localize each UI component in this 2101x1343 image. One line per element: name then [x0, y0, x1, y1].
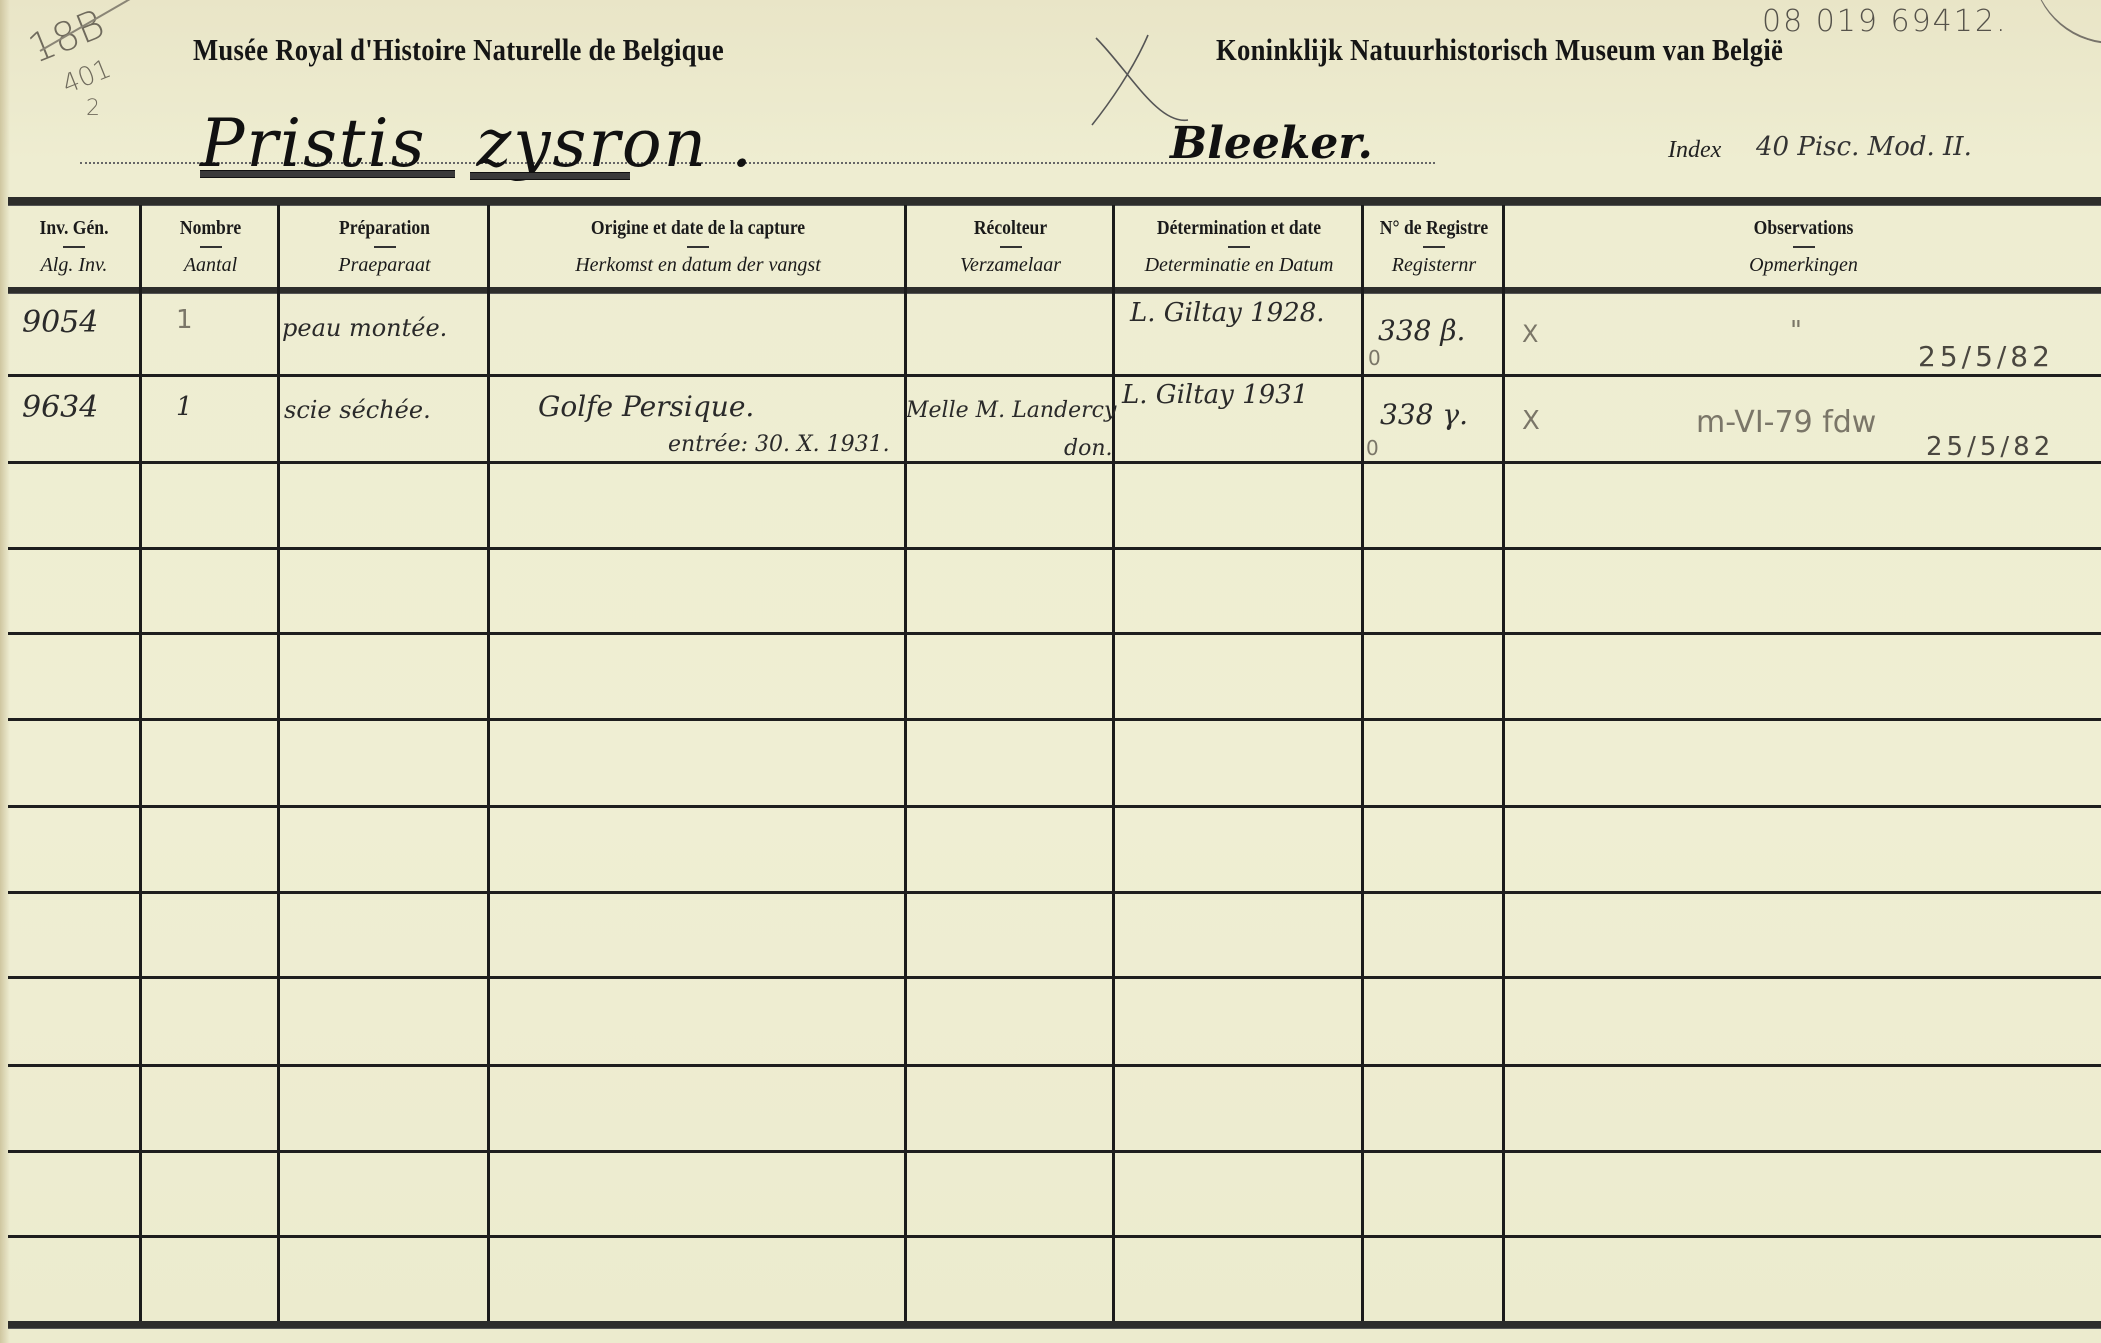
column-header-recolteur: RécolteurVerzamelaar	[908, 206, 1113, 290]
row-divider	[8, 1150, 2101, 1153]
row-divider	[8, 461, 2101, 464]
cross-mark-icon	[1088, 30, 1198, 130]
column-header-inv: Inv. Gén.Alg. Inv.	[8, 206, 140, 290]
catalog-number: 08 019 69412.	[1762, 4, 2007, 39]
row-divider	[8, 547, 2101, 550]
row-divider	[8, 976, 2101, 979]
row2-obs-date: 25/5/82	[1926, 432, 2054, 462]
row1-preparation: peau montée.	[282, 314, 447, 342]
row1-obs-text: "	[1790, 316, 1802, 346]
epithet-underline	[470, 172, 630, 180]
row1-obs-date: 25/5/82	[1918, 340, 2054, 373]
row2-registre: 338 γ.	[1380, 398, 1468, 431]
column-header-preparation: PréparationPraeparaat	[281, 206, 488, 290]
species-epithet: zysron	[476, 105, 708, 182]
margin-note-sub: 2	[86, 96, 100, 121]
column-divider	[1112, 205, 1115, 1323]
row1-registre-mark: 0	[1368, 346, 1381, 370]
row-divider	[8, 805, 2101, 808]
corner-pencil-arc	[2011, 0, 2101, 65]
row-divider	[8, 632, 2101, 635]
column-divider	[139, 205, 142, 1323]
table-bottom-rule	[8, 1321, 2101, 1329]
row2-nombre: 1	[176, 392, 193, 422]
row-divider	[8, 1064, 2101, 1067]
column-divider	[487, 205, 490, 1323]
row1-nombre: 1	[176, 305, 193, 335]
row1-inv: 9054	[22, 305, 98, 340]
column-divider	[277, 205, 280, 1323]
row-divider	[8, 1235, 2101, 1238]
column-divider	[1502, 205, 1505, 1323]
row2-recolteur-note: don.	[1064, 436, 1113, 461]
genus-underline	[200, 170, 455, 178]
column-header-determination: Détermination et dateDeterminatie en Dat…	[1116, 206, 1362, 290]
species-author: Bleeker.	[1170, 118, 1373, 169]
institution-name-nl: Koninklijk Natuurhistorisch Museum van B…	[1216, 32, 1783, 68]
header-top-rule	[8, 197, 2101, 206]
species-period: .	[731, 105, 754, 182]
row2-origine: Golfe Persique.	[538, 390, 754, 423]
column-header-observations: ObservationsOpmerkingen	[1506, 206, 2101, 290]
column-divider	[1361, 205, 1364, 1323]
row-divider	[8, 718, 2101, 721]
row2-determination: L. Giltay 1931	[1122, 380, 1308, 410]
column-header-origine: Origine et date de la captureHerkomst en…	[491, 206, 905, 290]
row2-registre-mark: 0	[1366, 436, 1379, 460]
row2-origine-date: entrée: 30. X. 1931.	[668, 432, 890, 457]
row2-preparation: scie séchée.	[284, 396, 431, 424]
row2-obs-mark: X	[1522, 406, 1540, 436]
row2-recolteur: Melle M. Landercy	[906, 398, 1116, 423]
row2-inv: 9634	[22, 390, 98, 425]
row-divider	[8, 374, 2101, 377]
index-value: 40 Pisc. Mod. II.	[1756, 132, 1972, 162]
institution-name-fr: Musée Royal d'Histoire Naturelle de Belg…	[193, 32, 724, 68]
specimen-index-card: 18B 401 2 08 019 69412. Musée Royal d'Hi…	[0, 0, 2101, 1343]
row1-obs-mark: X	[1522, 320, 1538, 348]
column-header-nombre: NombreAantal	[143, 206, 278, 290]
index-label: Index	[1668, 137, 1721, 164]
row2-obs-text: m-VI-79 fdw	[1696, 405, 1876, 440]
row1-determination: L. Giltay 1928.	[1130, 298, 1325, 328]
row1-registre: 338 β.	[1378, 314, 1465, 347]
column-header-registre: N° de RegistreRegisternr	[1365, 206, 1503, 290]
row-divider	[8, 891, 2101, 894]
column-divider	[904, 205, 907, 1323]
